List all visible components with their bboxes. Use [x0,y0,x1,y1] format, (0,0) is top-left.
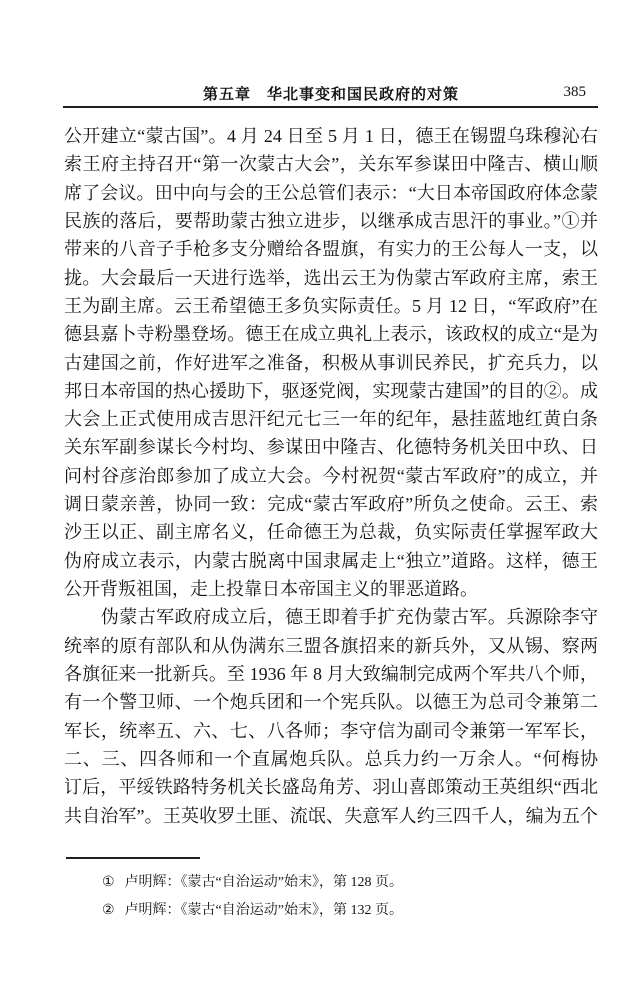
footnote-item: ①卢明辉：《蒙古“自治运动”始末》，第 128 页。 [64,869,598,897]
text-line: 伪府成立表示，内蒙古脱离中国隶属走上“独立”道路。这样，德王终于 [64,547,598,575]
text-line: 民族的落后，要帮助蒙古独立进步，以继承成吉思汗的事业。”①并将他 [64,207,598,235]
chapter-title: 第五章 华北事变和国民政府的对策 [64,83,598,104]
header-rule [63,106,598,108]
text-line: 伪蒙古军政府成立后，德王即着手扩充伪蒙古军。兵源除李守信 [64,603,598,631]
text-line: 古建国之前，作好进军之准备，积极从事训民养民，扩充兵力，以谋在友 [64,349,598,377]
book-page: 第五章 华北事变和国民政府的对策 385 公开建立“蒙古国”。4 月 24 日至… [0,0,644,1000]
text-line: 订后，平绥铁路特务机关长盛岛角芳、羽山喜郎策动王英组织“西北防 [64,773,598,801]
text-line: 大会上正式使用成吉思汗纪元七三一年的纪年，悬挂蓝地红黄白条旗。 [64,405,598,433]
text-line: 统率的原有部队和从伪满东三盟各旗招来的新兵外，又从锡、察两盟的 [64,632,598,660]
footnote-divider [66,857,200,859]
text-line: 拢。大会最后一天进行选举，选出云王为伪蒙古军政府主席，索王和沙 [64,264,598,292]
footnote-text: 卢明辉：《蒙古“自治运动”始末》，第 132 页。 [125,897,403,925]
text-line: 有一个警卫师、一个炮兵团和一个宪兵队。以德王为总司令兼第二军 [64,688,598,716]
footnote-item: ②卢明辉：《蒙古“自治运动”始末》，第 132 页。 [64,897,598,925]
text-line: 王为副主席。云王希望德王多负实际责任。5 月 12 日，“军政府”在化 [64,292,598,320]
text-line: 关东军副参谋长今村均、参谋田中隆吉、化德特务机关田中玖、日本顾 [64,433,598,461]
text-line: 各旗征来一批新兵。至 1936 年 8 月大致编制完成两个军共八个师，另 [64,660,598,688]
footnote-text: 卢明辉：《蒙古“自治运动”始末》，第 128 页。 [125,869,403,897]
text-line: 沙王以正、副主席名义，任命德王为总裁，负实际责任掌握军政大权。 [64,518,598,546]
text-line: 调日蒙亲善，协同一致：完成“蒙古军政府”所负之使命。云王、索王和 [64,490,598,518]
text-line: 席了会议。田中向与会的王公总管们表示：“大日本帝国政府体念蒙古 [64,179,598,207]
text-line: 二、三、四各师和一个直属炮兵队。总兵力约一万余人。“何梅协定”签 [64,745,598,773]
text-line: 军长，统率五、六、七、八各师；李守信为副司令兼第一军军长，统率一、 [64,717,598,745]
text-line: 邦日本帝国的热心援助下，驱逐党阀，实现蒙古建国”的目的②。成立 [64,377,598,405]
footnotes: ①卢明辉：《蒙古“自治运动”始末》，第 128 页。②卢明辉：《蒙古“自治运动”… [64,869,598,925]
text-line: 问村谷彦治郎参加了成立大会。今村祝贺“蒙古军政府”的成立，并强 [64,462,598,490]
body-text: 公开建立“蒙古国”。4 月 24 日至 5 月 1 日，德王在锡盟乌珠穆沁右旗索… [64,122,598,830]
footnote-marker: ① [102,869,115,897]
text-line: 带来的八音子手枪多支分赠给各盟旗，有实力的王公每人一支，以资拉 [64,235,598,263]
page-number: 385 [564,84,587,101]
footnote-marker: ② [102,897,115,925]
text-line: 共自治军”。王英收罗土匪、流氓、失意军人约三四千人，编为五个旅， [64,802,598,830]
text-line: 公开建立“蒙古国”。4 月 24 日至 5 月 1 日，德王在锡盟乌珠穆沁右旗 [64,122,598,150]
text-line: 索王府主持召开“第一次蒙古大会”，关东军参谋田中隆吉、横山顺等出 [64,150,598,178]
text-line: 公开背叛祖国，走上投靠日本帝国主义的罪恶道路。 [64,575,598,603]
text-line: 德县嘉卜寺粉墨登场。德王在成立典礼上表示，该政权的成立“是为蒙 [64,320,598,348]
